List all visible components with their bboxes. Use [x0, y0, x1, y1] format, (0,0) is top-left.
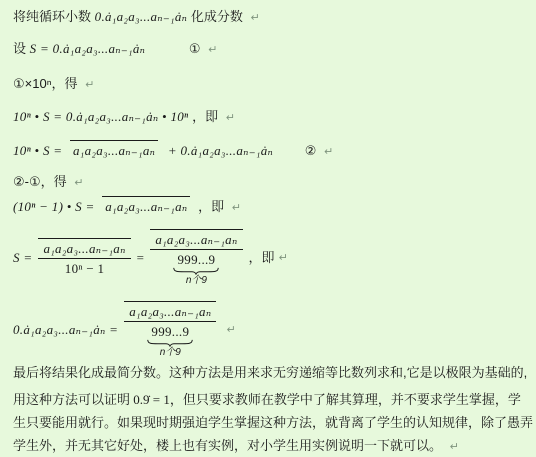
paragraph-text: 最后将结果化成最简分数。这种方法是用来求无穷递缩等比数列求和,它是以极限为基础的… [13, 365, 527, 380]
paragraph-mark-icon: ↵ [208, 43, 217, 56]
underbrace-label: n个9 [186, 275, 207, 286]
let-label: 设 [13, 41, 26, 56]
paragraph-mark-icon: ↵ [226, 111, 235, 124]
paragraph-mark-icon: ↵ [279, 249, 288, 266]
paragraph-line: 学生外，并无其它好处，楼上也有实例，对小学生用实例说明一下就可以。 ↵ [13, 437, 459, 456]
paragraph-mark-icon: ↵ [232, 201, 241, 214]
fraction-power-denominator: a₁a₂a₃...aₙ₋₁aₙ 10ⁿ − 1 [38, 238, 130, 277]
equation-tag-2: ② [305, 143, 317, 158]
document-page[interactable]: 将纯循环小数 0.ȧ₁a₂a₃...aₙ₋₁ȧₙ 化成分数 ↵ 设 S = 0.… [0, 0, 536, 457]
paragraph-text: 用这种方法可以证明 0.9̇ = 1，但只要求教师在教学中了解其算理，并不要求学… [13, 392, 521, 407]
subtract-step-text: ②-①，得 [13, 174, 67, 189]
s-equals: S = [13, 249, 32, 266]
equation-line-6: 0.ȧ₁a₂a₃...aₙ₋₁ȧₙ = a₁a₂a₃...aₙ₋₁aₙ 999.… [13, 301, 236, 357]
paragraph-mark-icon: ↵ [250, 11, 259, 24]
paragraph-mark-icon: ↵ [85, 78, 94, 91]
paragraph-line: 最后将结果化成最简分数。这种方法是用来求无穷递缩等比数列求和,它是以极限为基础的… [13, 364, 527, 382]
product-formula: 10ⁿ • S = 0.ȧ₁a₂a₃...aₙ₋₁ȧₙ • 10ⁿ [13, 109, 188, 124]
step-subtract-line: ②-①，得 ↵ [13, 173, 83, 191]
fraction-denominator: 999...9 [151, 322, 189, 340]
paragraph-line: 用这种方法可以证明 0.9̇ = 1，但只要求教师在教学中了解其算理，并不要求学… [13, 391, 521, 409]
equation-line-3: 10ⁿ • S = a₁a₂a₃...aₙ₋₁aₙ + 0.ȧ₁a₂a₃...a… [13, 140, 333, 160]
difference-lhs: (10ⁿ − 1) • S = [13, 199, 95, 214]
fraction-numerator: a₁a₂a₃...aₙ₋₁aₙ [150, 229, 242, 250]
equation-line-4: (10ⁿ − 1) • S = a₁a₂a₃...aₙ₋₁aₙ ，即 ↵ [13, 196, 241, 216]
product-lhs: 10ⁿ • S = [13, 143, 62, 158]
definition-formula: S = 0.ȧ₁a₂a₃...aₙ₋₁ȧₙ [30, 41, 146, 56]
equation-line-1: 设 S = 0.ȧ₁a₂a₃...aₙ₋₁ȧₙ ① ↵ [13, 40, 217, 58]
equation-tag-1: ① [189, 41, 201, 56]
text-line-intro: 将纯循环小数 0.ȧ₁a₂a₃...aₙ₋₁ȧₙ 化成分数 ↵ [13, 8, 260, 26]
paragraph-mark-icon: ↵ [324, 145, 333, 158]
paragraph-mark-icon: ↵ [74, 176, 83, 189]
overline-integer-part: a₁a₂a₃...aₙ₋₁aₙ [70, 140, 158, 159]
multiply-step-text: ①×10ⁿ，得 [13, 76, 77, 91]
underbrace-icon [173, 267, 219, 275]
equation-line-2: 10ⁿ • S = 0.ȧ₁a₂a₃...aₙ₋₁ȧₙ • 10ⁿ ，即 ↵ [13, 108, 235, 126]
then-label: ，即 [192, 109, 218, 124]
underbrace-label: n个9 [160, 347, 181, 358]
fraction-denominator: 10ⁿ − 1 [65, 259, 105, 277]
fraction-nines-denominator: a₁a₂a₃...aₙ₋₁aₙ 999...9 n个9 [124, 301, 216, 358]
then-label: ，即 [249, 249, 275, 266]
fraction-numerator: a₁a₂a₃...aₙ₋₁aₙ [124, 301, 216, 322]
equation-line-5: S = a₁a₂a₃...aₙ₋₁aₙ 10ⁿ − 1 = a₁a₂a₃...a… [13, 229, 288, 285]
intro-pre-text: 将纯循环小数 [13, 9, 91, 24]
equals-sign: = [137, 249, 145, 266]
step-multiply-line: ①×10ⁿ，得 ↵ [13, 75, 94, 93]
overline-integer-part: a₁a₂a₃...aₙ₋₁aₙ [102, 196, 190, 215]
paragraph-mark-icon: ↵ [226, 321, 235, 338]
paragraph-text: 生只要能用就行。如果现时期强迫学生掌握这种方法，就背离了学生的认知规律，除了愚弄 [13, 415, 533, 430]
fraction-denominator: 999...9 [178, 250, 216, 268]
result-lhs: 0.ȧ₁a₂a₃...aₙ₋₁ȧₙ = [13, 321, 118, 338]
paragraph-text: 学生外，并无其它好处，楼上也有实例，对小学生用实例说明一下就可以。 [13, 438, 442, 453]
plus-decimal-part: + 0.ȧ₁a₂a₃...aₙ₋₁ȧₙ [168, 143, 273, 158]
repeating-decimal-formula: 0.ȧ₁a₂a₃...aₙ₋₁ȧₙ [95, 9, 188, 24]
underbrace-icon [147, 339, 193, 347]
intro-post-text: 化成分数 [191, 9, 243, 24]
paragraph-line: 生只要能用就行。如果现时期强迫学生掌握这种方法，就背离了学生的认知规律，除了愚弄 [13, 414, 533, 432]
then-label: ，即 [198, 199, 224, 214]
paragraph-mark-icon: ↵ [450, 440, 459, 453]
fraction-nines-denominator: a₁a₂a₃...aₙ₋₁aₙ 999...9 n个9 [150, 229, 242, 286]
fraction-numerator: a₁a₂a₃...aₙ₋₁aₙ [38, 238, 130, 259]
